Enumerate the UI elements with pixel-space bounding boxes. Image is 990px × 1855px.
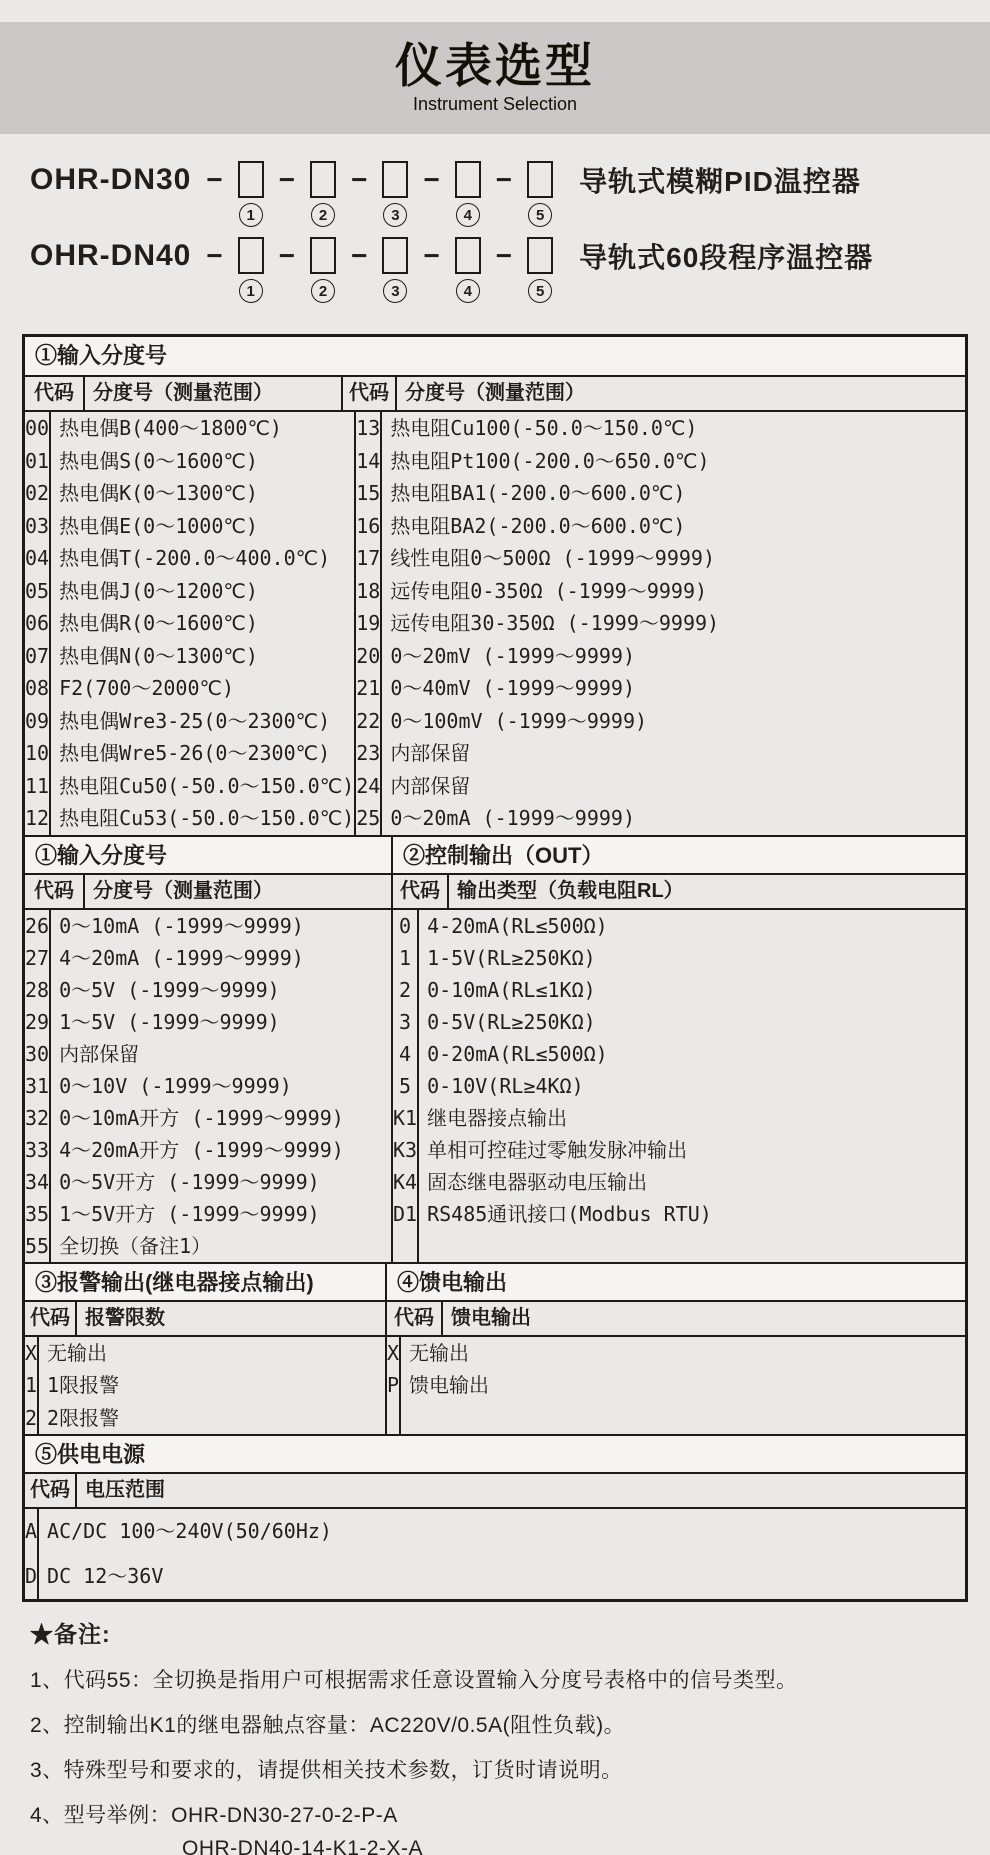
desc-cell: 1～5V (-1999～9999) [51, 1006, 391, 1038]
section-title-feed: ④馈电输出 [387, 1264, 965, 1300]
model-row-dn30: OHR-DN30 − 1 − 2 − 3 − 4 − 5 导轨式模糊PID温控器 [30, 160, 990, 228]
dash-separator: − [206, 164, 222, 196]
selection-table: ①输入分度号 代码 分度号（测量范围） 代码 分度号（测量范围） 0001020… [22, 334, 968, 1602]
remark-4-example-line2: OHR-DN40-14-K1-2-X-A [182, 1837, 990, 1855]
desc-cell: 内部保留 [382, 770, 965, 803]
desc-cell: 2限报警 [39, 1402, 385, 1435]
code-cell: 28 [25, 974, 49, 1006]
code-cell: 14 [356, 445, 380, 478]
position-number-5: 5 [528, 279, 552, 303]
desc-cell: F2(700～2000℃) [51, 672, 354, 705]
code-cell: A [25, 1509, 37, 1554]
code-cell: 55 [25, 1230, 49, 1262]
position-number-4: 4 [456, 279, 480, 303]
desc-column-header: 报警限数 [77, 1302, 385, 1335]
desc-cell: DC 12～36V [39, 1554, 965, 1599]
desc-column: 无输出1限报警2限报警 [39, 1337, 385, 1435]
code-column: 012345K1K3K4D1 [393, 910, 419, 1262]
code-cell: 08 [25, 672, 49, 705]
column-header-row: 代码 分度号（测量范围） 代码 分度号（测量范围） [25, 377, 965, 412]
code-column: 13141516171819202122232425 [356, 412, 382, 835]
input-codes-26-55: 2627282930313233343555 0～10mA (-1999～999… [25, 910, 393, 1262]
model-slot-3: 3 [382, 237, 408, 303]
code-cell: K1 [393, 1102, 417, 1134]
desc-cell: 0～40mV (-1999～9999) [382, 672, 965, 705]
code-cell: 13 [356, 412, 380, 445]
code-column: 2627282930313233343555 [25, 910, 51, 1262]
code-cell: D [25, 1554, 37, 1599]
code-cell: 24 [356, 770, 380, 803]
desc-cell: 0～10mA开方 (-1999～9999) [51, 1102, 391, 1134]
desc-column: 4-20mA(RL≤500Ω)1-5V(RL≥250KΩ)0-10mA(RL≤1… [419, 910, 965, 1262]
header-right-half: 代码 输出类型（负载电阻RL） [393, 875, 965, 908]
alarm-codes: X12 无输出1限报警2限报警 [25, 1337, 387, 1435]
desc-cell: 1限报警 [39, 1369, 385, 1402]
code-column-header: 代码 [393, 875, 449, 908]
desc-column-header: 输出类型（负载电阻RL） [449, 875, 965, 908]
header-left-half: 代码 分度号（测量范围） [25, 377, 343, 410]
section-body-power: AD AC/DC 100～240V(50/60Hz)DC 12～36V [25, 1509, 965, 1599]
code-column-header: 代码 [25, 1474, 77, 1507]
position-number-3: 3 [383, 279, 407, 303]
desc-cell: 0～20mV (-1999～9999) [382, 640, 965, 673]
desc-cell: 单相可控硅过零触发脉冲输出 [419, 1134, 965, 1166]
dash-separator: − [351, 164, 367, 196]
code-cell: 23 [356, 737, 380, 770]
position-number-1: 1 [239, 203, 263, 227]
input-codes-13-25: 13141516171819202122232425 热电阻Cu100(-50.… [356, 412, 965, 835]
position-number-3: 3 [383, 203, 407, 227]
output-codes: 012345K1K3K4D1 4-20mA(RL≤500Ω)1-5V(RL≥25… [393, 910, 965, 1262]
section-title-input-a: ①输入分度号 [25, 337, 965, 377]
model-slot-5: 5 [527, 161, 553, 227]
model-slot-4: 4 [455, 161, 481, 227]
desc-cell: 内部保留 [382, 737, 965, 770]
desc-cell: 继电器接点输出 [419, 1102, 965, 1134]
position-number-1: 1 [239, 279, 263, 303]
section-body-alarm-and-feed: X12 无输出1限报警2限报警 XP 无输出馈电输出 [25, 1337, 965, 1435]
section-title-alarm: ③报警输出(继电器接点输出) [25, 1264, 387, 1300]
model-code: OHR-DN30 [30, 163, 191, 197]
code-cell: 5 [393, 1070, 417, 1102]
desc-cell: 内部保留 [51, 1038, 391, 1070]
code-cell: 20 [356, 640, 380, 673]
code-column-header: 代码 [25, 875, 85, 908]
column-header-row: 代码 分度号（测量范围） 代码 输出类型（负载电阻RL） [25, 875, 965, 910]
section-title-text: ⑤供电电源 [25, 1436, 965, 1472]
model-slot-4: 4 [455, 237, 481, 303]
model-slot-1: 1 [238, 161, 264, 227]
column-header-row: 代码 报警限数 代码 馈电输出 [25, 1302, 965, 1337]
remarks-section: ★备注: 1、代码55：全切换是指用户可根据需求任意设置输入分度号表格中的信号类… [30, 1616, 990, 1855]
code-cell: 17 [356, 542, 380, 575]
code-cell: P [387, 1369, 399, 1402]
desc-column: 0～10mA (-1999～9999)4～20mA (-1999～9999)0～… [51, 910, 391, 1262]
code-cell: 34 [25, 1166, 49, 1198]
code-cell: 12 [25, 802, 49, 835]
remark-1: 1、代码55：全切换是指用户可根据需求任意设置输入分度号表格中的信号类型。 [30, 1664, 990, 1694]
desc-cell: 0～20mA (-1999～9999) [382, 802, 965, 835]
code-cell: 2 [25, 1402, 37, 1435]
desc-cell: 热电阻Cu53(-50.0～150.0℃) [51, 802, 354, 835]
code-cell: 01 [25, 445, 49, 478]
code-cell: 3 [393, 1006, 417, 1038]
desc-cell: 热电阻Cu50(-50.0～150.0℃) [51, 770, 354, 803]
code-column: 00010203040506070809101112 [25, 412, 51, 835]
code-cell: 25 [356, 802, 380, 835]
code-cell: 06 [25, 607, 49, 640]
dash-separator: − [496, 240, 512, 272]
remark-4: 4、型号举例：OHR-DN30-27-0-2-P-A [30, 1799, 990, 1829]
code-cell: 18 [356, 575, 380, 608]
model-code-diagrams: OHR-DN30 − 1 − 2 − 3 − 4 − 5 导轨式模糊PID温控器… [30, 160, 990, 304]
section-title-text: ①输入分度号 [25, 337, 965, 375]
desc-cell: 1-5V(RL≥250KΩ) [419, 942, 965, 974]
code-column: XP [387, 1337, 401, 1435]
code-cell: 10 [25, 737, 49, 770]
model-slot-1: 1 [238, 237, 264, 303]
desc-column: 热电偶B(400～1800℃)热电偶S(0～1600℃)热电偶K(0～1300℃… [51, 412, 354, 835]
section-title-input-b: ①输入分度号 [25, 837, 393, 873]
desc-column-header: 分度号（测量范围） [85, 875, 391, 908]
dash-separator: − [496, 164, 512, 196]
selection-box [527, 161, 553, 198]
code-cell: 15 [356, 477, 380, 510]
code-cell: 32 [25, 1102, 49, 1134]
code-cell: 1 [25, 1369, 37, 1402]
desc-cell: 热电阻Pt100(-200.0～650.0℃) [382, 445, 965, 478]
code-column: X12 [25, 1337, 39, 1435]
desc-cell: 热电偶N(0～1300℃) [51, 640, 354, 673]
code-cell: 2 [393, 974, 417, 1006]
model-slot-2: 2 [310, 161, 336, 227]
code-cell: 33 [25, 1134, 49, 1166]
code-cell: 19 [356, 607, 380, 640]
code-cell: 05 [25, 575, 49, 608]
desc-cell: 远传电阻30-350Ω (-1999～9999) [382, 607, 965, 640]
desc-cell: 0～10mA (-1999～9999) [51, 910, 391, 942]
code-column-header: 代码 [25, 377, 85, 410]
section-title-output: ②控制输出（OUT） [393, 837, 965, 873]
selection-box [310, 237, 336, 274]
desc-column-header: 分度号（测量范围） [397, 377, 965, 410]
code-cell: 21 [356, 672, 380, 705]
desc-cell: 0-10V(RL≥4KΩ) [419, 1070, 965, 1102]
desc-cell: 热电偶Wre5-26(0～2300℃) [51, 737, 354, 770]
remarks-label: ★备注: [30, 1616, 990, 1649]
desc-cell: 热电偶B(400～1800℃) [51, 412, 354, 445]
section-title-alarm-and-feed: ③报警输出(继电器接点输出) ④馈电输出 [25, 1262, 965, 1302]
selection-box [382, 161, 408, 198]
desc-cell: 热电阻BA1(-200.0～600.0℃) [382, 477, 965, 510]
code-cell: K3 [393, 1134, 417, 1166]
code-cell: 30 [25, 1038, 49, 1070]
code-cell: 27 [25, 942, 49, 974]
model-code: OHR-DN40 [30, 239, 191, 273]
code-cell: 29 [25, 1006, 49, 1038]
desc-cell: 馈电输出 [401, 1369, 965, 1402]
desc-cell: 全切换（备注1） [51, 1230, 391, 1262]
position-number-2: 2 [311, 279, 335, 303]
code-cell: 31 [25, 1070, 49, 1102]
desc-cell: RS485通讯接口(Modbus RTU) [419, 1198, 965, 1230]
code-cell: X [25, 1337, 37, 1370]
section-title-power: ⑤供电电源 [25, 1434, 965, 1474]
code-cell: 16 [356, 510, 380, 543]
dash-separator: − [279, 240, 295, 272]
code-cell: 26 [25, 910, 49, 942]
desc-cell: 4～20mA开方 (-1999～9999) [51, 1134, 391, 1166]
desc-cell: 线性电阻0～500Ω (-1999～9999) [382, 542, 965, 575]
desc-cell: 热电偶S(0～1600℃) [51, 445, 354, 478]
desc-cell: 0-20mA(RL≤500Ω) [419, 1038, 965, 1070]
remark-3: 3、特殊型号和要求的，请提供相关技术参数，订货时请说明。 [30, 1754, 990, 1784]
desc-cell: 0～100mV (-1999～9999) [382, 705, 965, 738]
desc-cell: 热电偶E(0～1000℃) [51, 510, 354, 543]
section-title-input-b-and-output: ①输入分度号 ②控制输出（OUT） [25, 835, 965, 875]
code-cell: 11 [25, 770, 49, 803]
code-cell: 07 [25, 640, 49, 673]
desc-cell: 固态继电器驱动电压输出 [419, 1166, 965, 1198]
dash-separator: − [423, 240, 439, 272]
remark-2: 2、控制输出K1的继电器触点容量：AC220V/0.5A(阻性负载)。 [30, 1709, 990, 1739]
desc-column-header: 馈电输出 [443, 1302, 965, 1335]
desc-cell: 0～10V (-1999～9999) [51, 1070, 391, 1102]
dash-separator: − [351, 240, 367, 272]
desc-cell: 0～5V (-1999～9999) [51, 974, 391, 1006]
input-codes-00-12: 00010203040506070809101112 热电偶B(400～1800… [25, 412, 356, 835]
code-cell: 22 [356, 705, 380, 738]
code-column: AD [25, 1509, 39, 1599]
desc-cell: 无输出 [39, 1337, 385, 1370]
model-slot-2: 2 [310, 237, 336, 303]
selection-box [382, 237, 408, 274]
desc-column: 热电阻Cu100(-50.0～150.0℃)热电阻Pt100(-200.0～65… [382, 412, 965, 835]
desc-cell: 0-5V(RL≥250KΩ) [419, 1006, 965, 1038]
code-cell: 09 [25, 705, 49, 738]
section-body-input-a: 00010203040506070809101112 热电偶B(400～1800… [25, 412, 965, 835]
desc-column-header: 分度号（测量范围） [85, 377, 341, 410]
header-right-half: 代码 分度号（测量范围） [343, 377, 965, 410]
desc-cell: 0-10mA(RL≤1KΩ) [419, 974, 965, 1006]
desc-column: 无输出馈电输出 [401, 1337, 965, 1435]
code-cell: 02 [25, 477, 49, 510]
selection-box [455, 161, 481, 198]
desc-column-header: 电压范围 [77, 1474, 965, 1507]
code-cell: 35 [25, 1198, 49, 1230]
selection-box [527, 237, 553, 274]
desc-cell: 热电阻Cu100(-50.0～150.0℃) [382, 412, 965, 445]
selection-box [238, 161, 264, 198]
model-description: 导轨式模糊PID温控器 [579, 160, 861, 200]
page-title: 仪表选型 [395, 41, 595, 90]
model-row-dn40: OHR-DN40 − 1 − 2 − 3 − 4 − 5 导轨式60段程序温控器 [30, 236, 990, 304]
desc-cell: 4～20mA (-1999～9999) [51, 942, 391, 974]
dash-separator: − [206, 240, 222, 272]
desc-cell: 热电偶Wre3-25(0～2300℃) [51, 705, 354, 738]
desc-cell: 热电偶T(-200.0～400.0℃) [51, 542, 354, 575]
desc-cell: 4-20mA(RL≤500Ω) [419, 910, 965, 942]
selection-box [310, 161, 336, 198]
code-cell: 0 [393, 910, 417, 942]
code-cell: K4 [393, 1166, 417, 1198]
column-header-row: 代码 电压范围 [25, 1474, 965, 1509]
dash-separator: − [279, 164, 295, 196]
header-left-half: 代码 分度号（测量范围） [25, 875, 393, 908]
selection-box [455, 237, 481, 274]
model-description: 导轨式60段程序温控器 [579, 236, 873, 276]
model-slot-5: 5 [527, 237, 553, 303]
code-cell: 4 [393, 1038, 417, 1070]
code-cell: 00 [25, 412, 49, 445]
desc-cell: 热电偶K(0～1300℃) [51, 477, 354, 510]
position-number-5: 5 [528, 203, 552, 227]
code-cell: D1 [393, 1198, 417, 1230]
position-number-4: 4 [456, 203, 480, 227]
page-header: 仪表选型 Instrument Selection [0, 22, 990, 134]
header-right-half: 代码 馈电输出 [387, 1302, 965, 1335]
code-cell: 04 [25, 542, 49, 575]
model-slot-3: 3 [382, 161, 408, 227]
dash-separator: − [423, 164, 439, 196]
desc-cell: 热电偶R(0～1600℃) [51, 607, 354, 640]
desc-cell: 热电阻BA2(-200.0～600.0℃) [382, 510, 965, 543]
desc-cell: 0～5V开方 (-1999～9999) [51, 1166, 391, 1198]
selection-box [238, 237, 264, 274]
desc-cell: 1～5V开方 (-1999～9999) [51, 1198, 391, 1230]
desc-cell: 热电偶J(0～1200℃) [51, 575, 354, 608]
section-body-input-b-and-output: 2627282930313233343555 0～10mA (-1999～999… [25, 910, 965, 1262]
code-column-header: 代码 [25, 1302, 77, 1335]
header-left-half: 代码 报警限数 [25, 1302, 387, 1335]
code-column-header: 代码 [343, 377, 397, 410]
code-cell: 1 [393, 942, 417, 974]
code-column-header: 代码 [387, 1302, 443, 1335]
page-subtitle: Instrument Selection [413, 94, 577, 115]
desc-cell: 远传电阻0-350Ω (-1999～9999) [382, 575, 965, 608]
position-number-2: 2 [311, 203, 335, 227]
code-cell: 03 [25, 510, 49, 543]
desc-cell: AC/DC 100～240V(50/60Hz) [39, 1509, 965, 1554]
feed-codes: XP 无输出馈电输出 [387, 1337, 965, 1435]
code-cell: X [387, 1337, 399, 1370]
desc-cell: 无输出 [401, 1337, 965, 1370]
desc-column: AC/DC 100～240V(50/60Hz)DC 12～36V [39, 1509, 965, 1599]
